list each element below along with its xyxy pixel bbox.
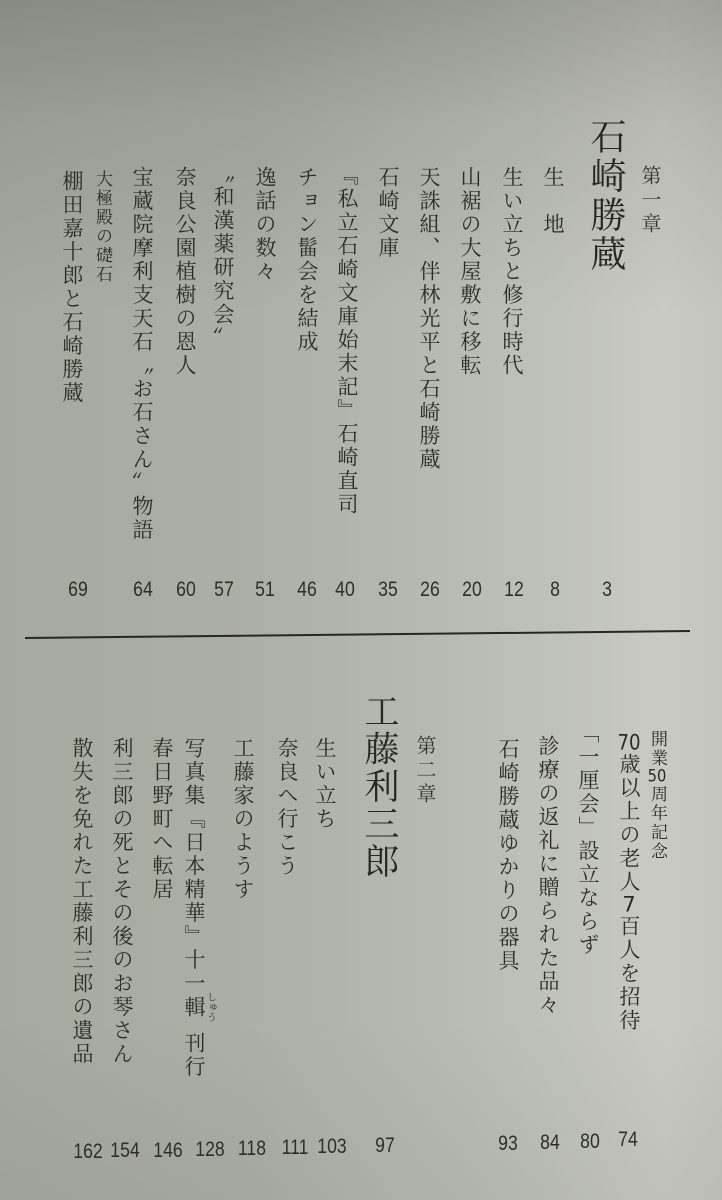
toc-entry-page: 162 (70, 1140, 107, 1164)
toc-entry-page: 111 (277, 1136, 314, 1160)
toc-entry-title: 工藤家のようす (231, 737, 255, 902)
toc-entry-page: 46 (289, 578, 326, 602)
toc-entry-title: 石崎文庫 (376, 166, 400, 260)
toc-entry-title: 奈良公園植樹の恩人 (173, 166, 197, 378)
toc-entry-subtitle: 大極殿の礎石 (92, 170, 112, 284)
toc-entry-page: 69 (60, 578, 97, 602)
ruby-base: 輯 (182, 992, 206, 1022)
ruby-annotation: 輯しゅう (182, 996, 206, 1023)
toc-entry-title: 診療の返礼に贈られた品々 (536, 735, 560, 1017)
toc-entry-page: 35 (370, 578, 407, 602)
toc-entry-kicker: 開業50周年記念 (647, 730, 667, 861)
toc-entry-title: 宝蔵院摩利支天石〝お石さん〟物語 (130, 166, 154, 542)
toc-entry-title: 70歳以上の老人7百人を招待 (617, 732, 641, 1033)
toc-entry-title: 逸話の数々 (253, 166, 277, 284)
toc-entry-title: 山裾の大屋敷に移転 (458, 166, 482, 378)
toc-entry-page: 40 (327, 578, 364, 602)
section-divider (25, 630, 690, 639)
toc-entry-page: 103 (314, 1135, 351, 1159)
toc-entry-title: 棚田嘉十郎と石崎勝蔵 (60, 170, 84, 405)
toc-entry-title: 生い立ち (313, 737, 337, 831)
chapter-page-number: 97 (367, 1134, 404, 1158)
toc-entry-title: 写真集『日本精華』十一輯しゅう刊行 (191, 737, 215, 1079)
toc-entry-page: 12 (496, 578, 533, 602)
toc-entry-title: 散失を免れた工藤利三郎の遺品 (70, 737, 94, 1066)
ruby-reading: しゅう (205, 992, 216, 1022)
toc-entry-page: 60 (168, 578, 205, 602)
chapter-label: 第二章 (413, 735, 437, 807)
toc-entry-page: 74 (610, 1128, 647, 1152)
toc-entry-title: 〝和漢薬研究会〟 (211, 162, 235, 350)
chapter-title: 工藤利三郎 (359, 693, 399, 881)
toc-entry-title: チョン髷会を結成 (295, 166, 319, 354)
book-page: 第一章 石崎勝蔵 3 生 地 8 生い立ちと修行時代 12 山裾の大屋敷に移転 … (0, 0, 722, 1200)
toc-entry-page: 20 (454, 578, 491, 602)
toc-entry-title: 利三郎の死とその後のお琴さん (110, 737, 134, 1066)
chapter-title: 石崎勝蔵 (585, 118, 625, 274)
toc-entry-title: 奈良へ行こう (275, 737, 299, 878)
toc-entry-page: 154 (107, 1139, 144, 1163)
toc-entry-page: 146 (150, 1139, 187, 1163)
toc-entry-title: 天誅組、伴林光平と石崎勝蔵 (417, 166, 441, 472)
toc-entry-title-main: 写真集『日本精華』十一 (182, 737, 206, 996)
toc-entry-page: 80 (572, 1130, 609, 1154)
toc-entry-title: 生い立ちと修行時代 (500, 166, 524, 378)
toc-entry-title: 「一厘会」設立ならず (576, 722, 600, 957)
toc-entry-page: 8 (537, 578, 574, 602)
chapter-label: 第一章 (638, 165, 662, 237)
toc-entry-page: 26 (412, 578, 449, 602)
toc-entry-page: 118 (234, 1137, 271, 1161)
toc-entry-title: 『私立石崎文庫始末記』石崎直司 (335, 164, 359, 517)
chapter-page-number: 3 (589, 578, 626, 602)
toc-entry-title: 春日野町へ転居 (150, 737, 174, 902)
toc-entry-page: 128 (192, 1138, 229, 1162)
toc-entry-page: 93 (490, 1132, 527, 1156)
toc-entry-title: 石崎勝蔵ゆかりの器具 (496, 738, 520, 973)
toc-entry-page: 64 (125, 578, 162, 602)
toc-entry-page: 57 (206, 578, 243, 602)
toc-entry-title: 生 地 (541, 166, 565, 237)
toc-entry-page: 51 (247, 578, 284, 602)
toc-entry-page: 84 (532, 1131, 569, 1155)
toc-entry-title-suffix: 刊行 (182, 1032, 206, 1079)
